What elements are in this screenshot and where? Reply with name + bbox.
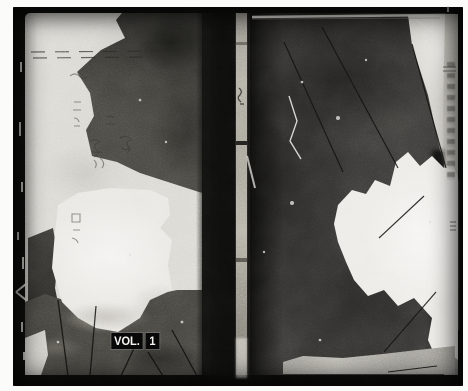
scanned-page: VOL. 1 [0,0,468,391]
scan-vignette [13,7,463,386]
